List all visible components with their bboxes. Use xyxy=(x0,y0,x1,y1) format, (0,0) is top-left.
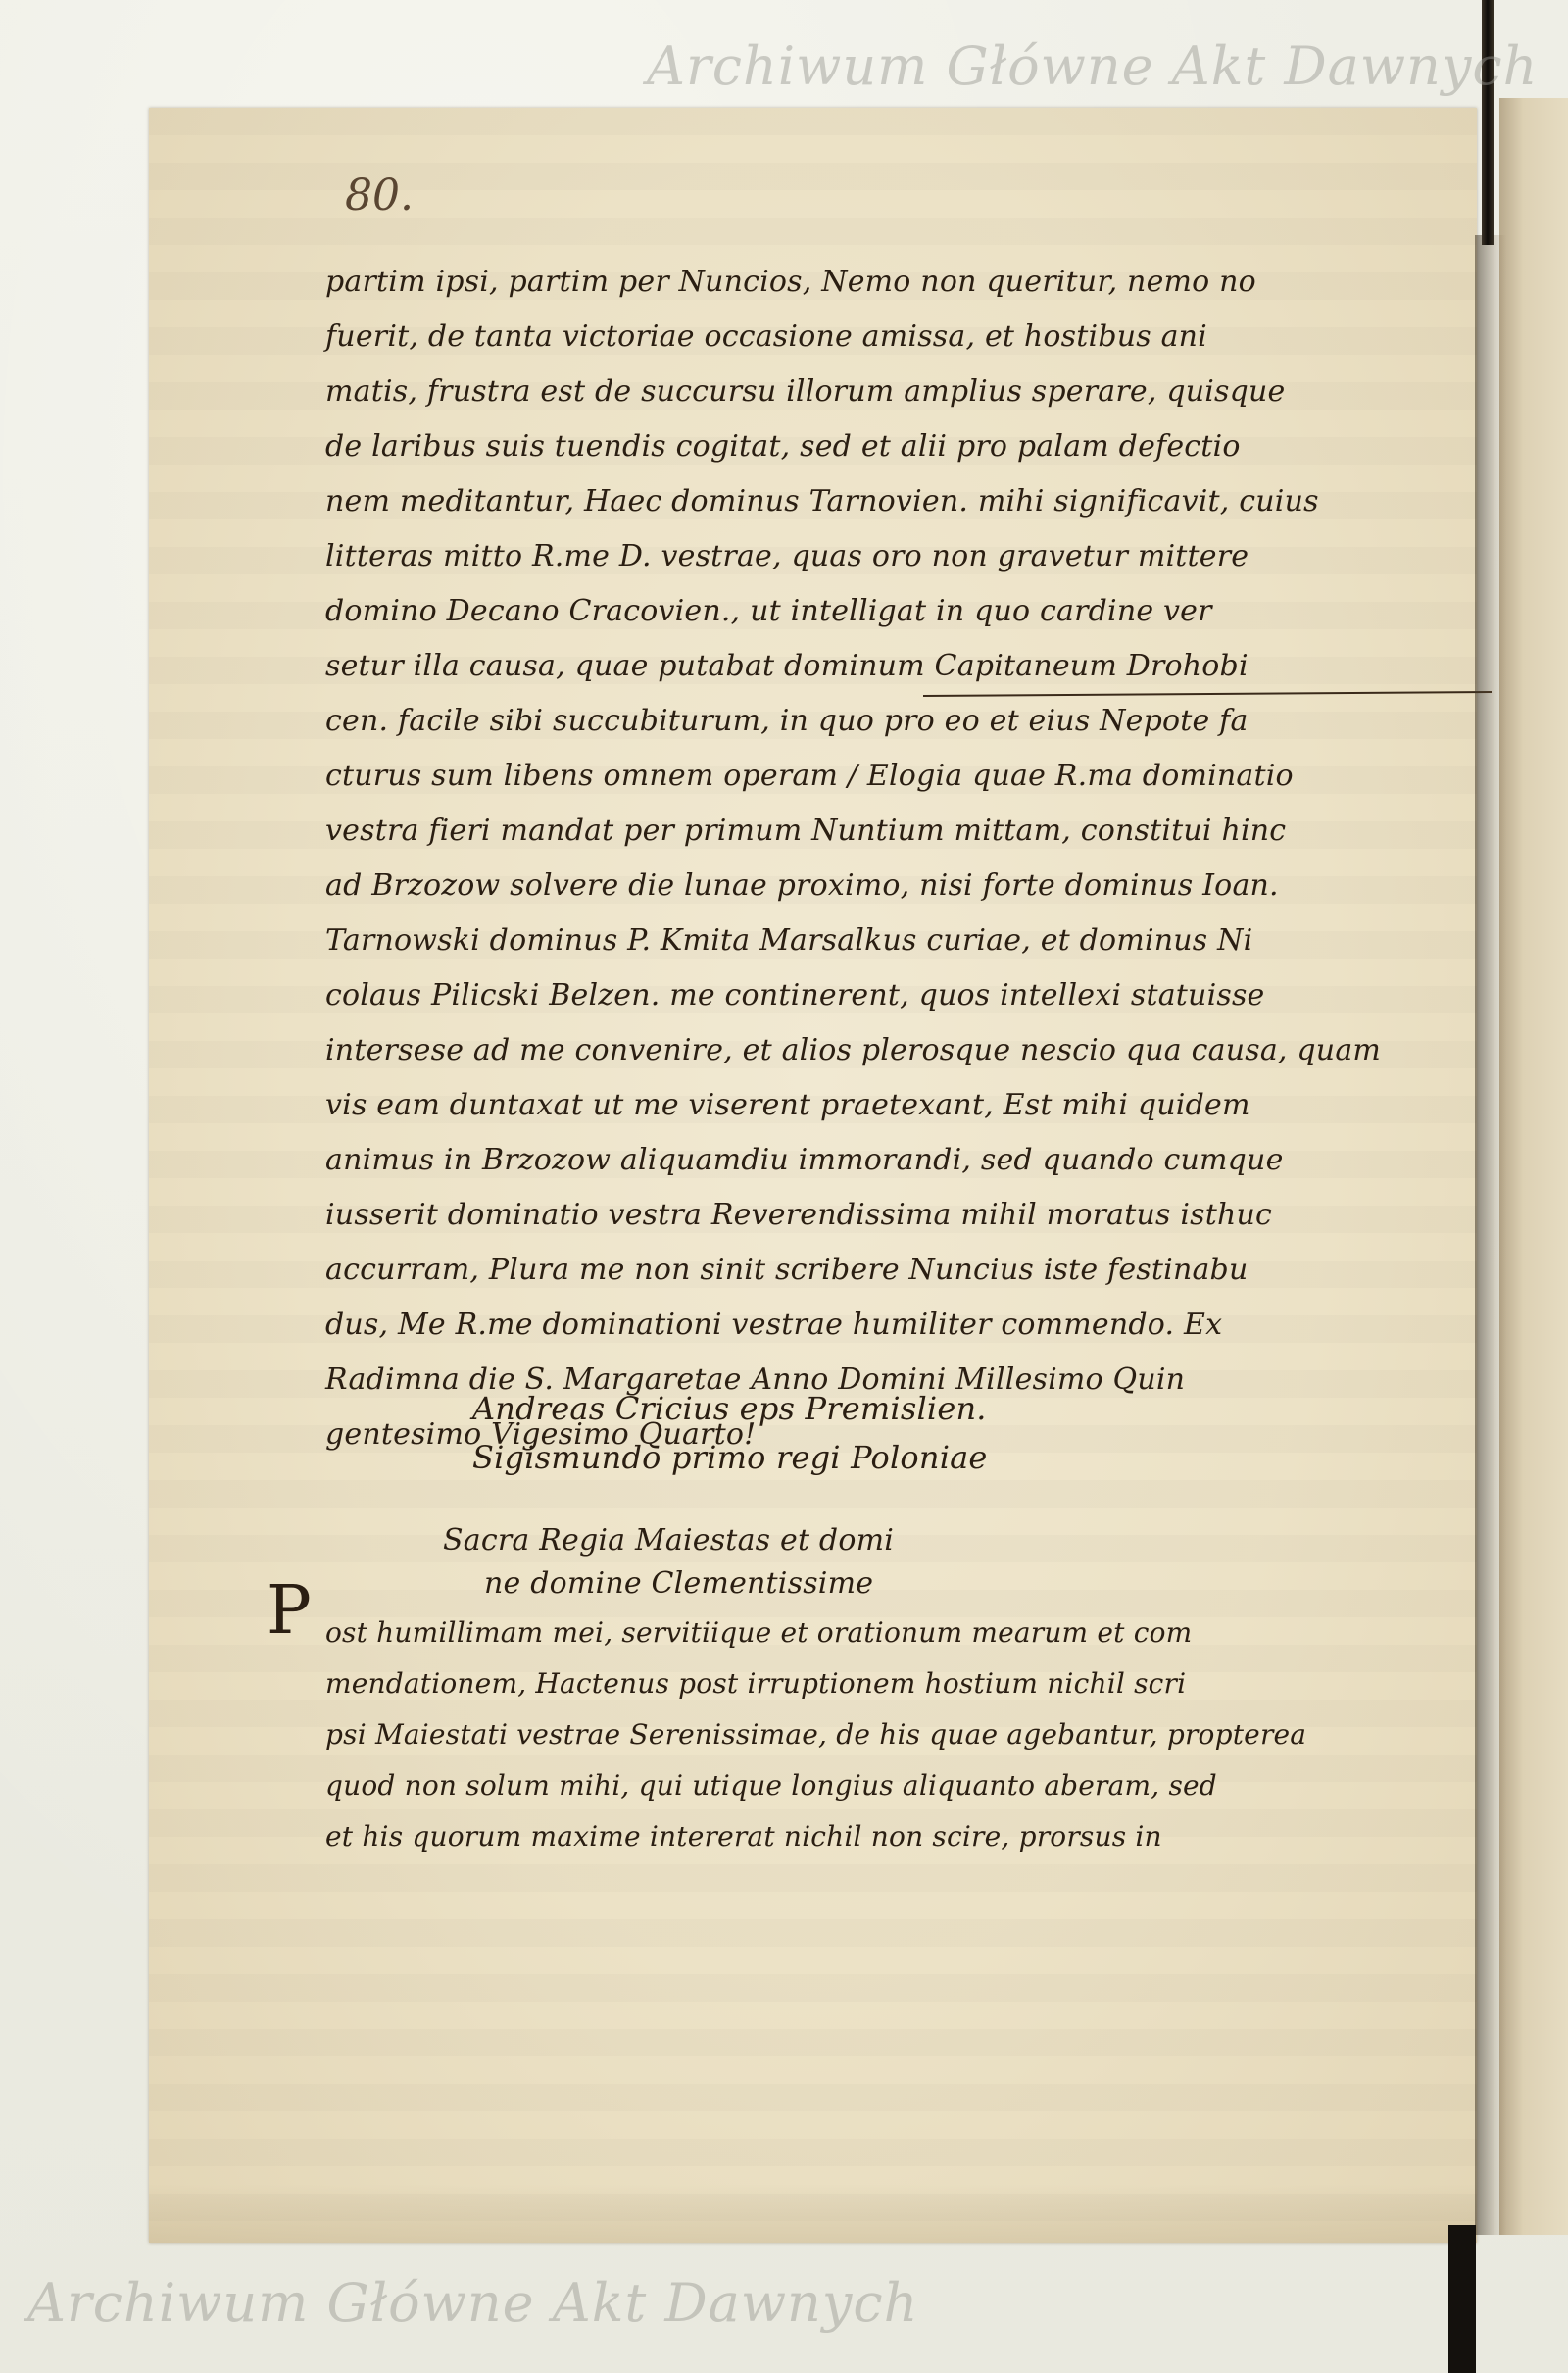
text-line: intersese ad me convenire, et alios pler… xyxy=(325,1023,1482,1078)
text-line: Tarnowski dominus P. Kmita Marsalkus cur… xyxy=(325,914,1482,968)
text-line: domino Decano Cracovien., ut intelligat … xyxy=(325,584,1482,639)
text-line: quod non solum mihi, qui utique longius … xyxy=(325,1760,1482,1811)
text-line: animus in Brzozow aliquamdiu immorandi, … xyxy=(325,1133,1482,1188)
text-line: ost humillimam mei, servitiique et orati… xyxy=(325,1607,1482,1658)
text-line: accurram, Plura me non sinit scribere Nu… xyxy=(325,1243,1482,1298)
manuscript-page: 80. partim ipsi, partim per Nuncios, Nem… xyxy=(149,108,1477,2243)
text-line: fuerit, de tanta victoriae occasione ami… xyxy=(325,310,1482,365)
gutter-shadow xyxy=(1475,235,1506,2235)
text-line: nem meditantur, Haec dominus Tarnovien. … xyxy=(325,474,1482,529)
text-line: ad Brzozow solvere die lunae proximo, ni… xyxy=(325,859,1482,914)
salutation-line: Sacra Regia Maiestas et domi xyxy=(443,1519,894,1562)
text-line: iusserit dominatio vestra Reverendissima… xyxy=(325,1188,1482,1243)
text-line: partim ipsi, partim per Nuncios, Nemo no… xyxy=(325,255,1482,310)
signature-block: Andreas Cricius eps Premislien. Sigismun… xyxy=(472,1384,988,1482)
text-line: cturus sum libens omnem operam / Elogia … xyxy=(325,749,1482,804)
text-line: et his quorum maxime intererat nichil no… xyxy=(325,1811,1482,1862)
text-line: cen. facile sibi succubiturum, in quo pr… xyxy=(325,694,1482,749)
signature-line: Andreas Cricius eps Premislien. xyxy=(472,1384,988,1433)
text-line: vestra fieri mandat per primum Nuntium m… xyxy=(325,804,1482,859)
text-line: dus, Me R.me dominationi vestrae humilit… xyxy=(325,1298,1482,1353)
salutation-line: ne domine Clementissime xyxy=(443,1562,894,1606)
text-line: litteras mitto R.me D. vestrae, quas oro… xyxy=(325,529,1482,584)
letter-1-body: partim ipsi, partim per Nuncios, Nemo no… xyxy=(325,255,1482,1462)
text-line: matis, frustra est de succursu illorum a… xyxy=(325,365,1482,420)
text-line: psi Maiestati vestrae Serenissimae, de h… xyxy=(325,1709,1482,1760)
signature-line: Sigismundo primo regi Poloniae xyxy=(472,1433,988,1482)
archive-watermark-top: Archiwum Główne Akt Dawnych xyxy=(647,35,1538,97)
text-line: vis eam duntaxat ut me viserent praetexa… xyxy=(325,1078,1482,1133)
text-line: mendationem, Hactenus post irruptionem h… xyxy=(325,1658,1482,1709)
archive-watermark-bottom: Archiwum Główne Akt Dawnych xyxy=(27,2272,918,2334)
letter-2-body: ost humillimam mei, servitiique et orati… xyxy=(325,1607,1482,1862)
binding-strip-bottom xyxy=(1448,2225,1476,2373)
salutation-block: Sacra Regia Maiestas et domi ne domine C… xyxy=(443,1519,894,1606)
drop-initial: P xyxy=(267,1578,312,1645)
adjacent-page-edge xyxy=(1499,98,1568,2235)
text-line: colaus Pilicski Belzen. me continerent, … xyxy=(325,968,1482,1023)
text-line: setur illa causa, quae putabat dominum C… xyxy=(325,639,1482,694)
text-line: de laribus suis tuendis cogitat, sed et … xyxy=(325,420,1482,474)
folio-number: 80. xyxy=(345,171,414,221)
